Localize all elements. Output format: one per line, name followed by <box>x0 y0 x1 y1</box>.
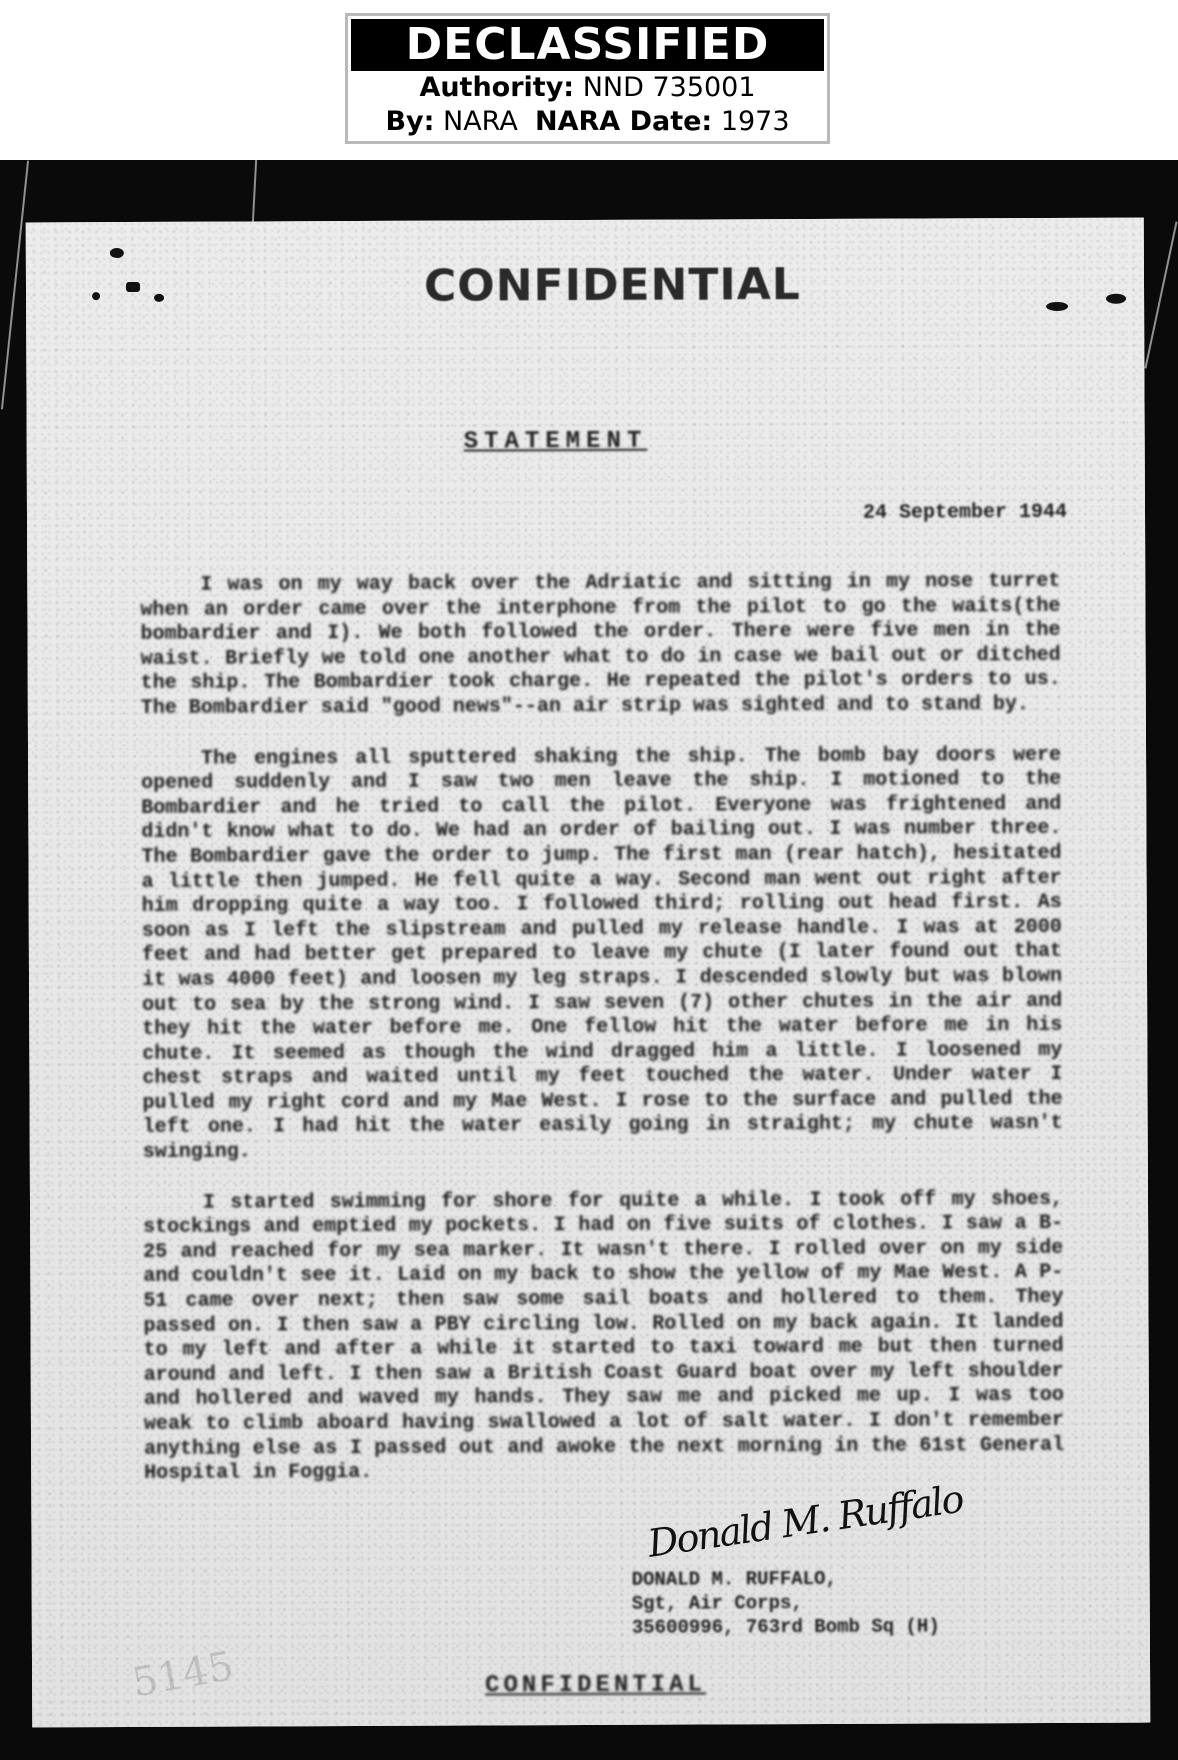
authority-label: Authority: <box>419 72 574 103</box>
declassified-stamp: DECLASSIFIED Authority: NND 735001 By: N… <box>345 13 830 144</box>
signer-rank: Sgt, Air Corps, <box>632 1590 1052 1616</box>
paragraph: I started swimming for shore for quite a… <box>143 1188 1064 1487</box>
signature-block: Donald M. Ruffalo DONALD M. RUFFALO, Sgt… <box>631 1520 1052 1640</box>
classification-footer: CONFIDENTIAL <box>485 1671 706 1699</box>
statement-body: I was on my way back over the Adriatic a… <box>140 570 1064 1513</box>
stamp-authority: Authority: NND 735001 <box>348 71 827 105</box>
document-date: 24 September 1944 <box>863 501 1067 525</box>
nara-date-value: 1973 <box>721 106 790 137</box>
pencil-note: 5145 <box>129 1643 237 1706</box>
document-title: STATEMENT <box>464 428 648 456</box>
signer-name: DONALD M. RUFFALO, <box>632 1566 1052 1592</box>
paragraph: The engines all sputtered shaking the sh… <box>141 743 1063 1165</box>
by-value: NARA <box>443 106 518 137</box>
classification-header: CONFIDENTIAL <box>424 259 801 312</box>
paragraph: I was on my way back over the Adriatic a… <box>140 570 1061 722</box>
authority-value: NND 735001 <box>583 72 756 103</box>
stamp-by-date: By: NARA NARA Date: 1973 <box>348 105 827 139</box>
by-label: By: <box>385 106 434 137</box>
stamp-heading: DECLASSIFIED <box>351 19 824 71</box>
scan-frame: CONFIDENTIAL STATEMENT 24 September 1944… <box>0 160 1178 1760</box>
nara-date-label: NARA Date: <box>535 106 712 137</box>
document-page: CONFIDENTIAL STATEMENT 24 September 1944… <box>26 218 1151 1728</box>
signer-unit: 35600996, 763rd Bomb Sq (H) <box>632 1614 1052 1640</box>
